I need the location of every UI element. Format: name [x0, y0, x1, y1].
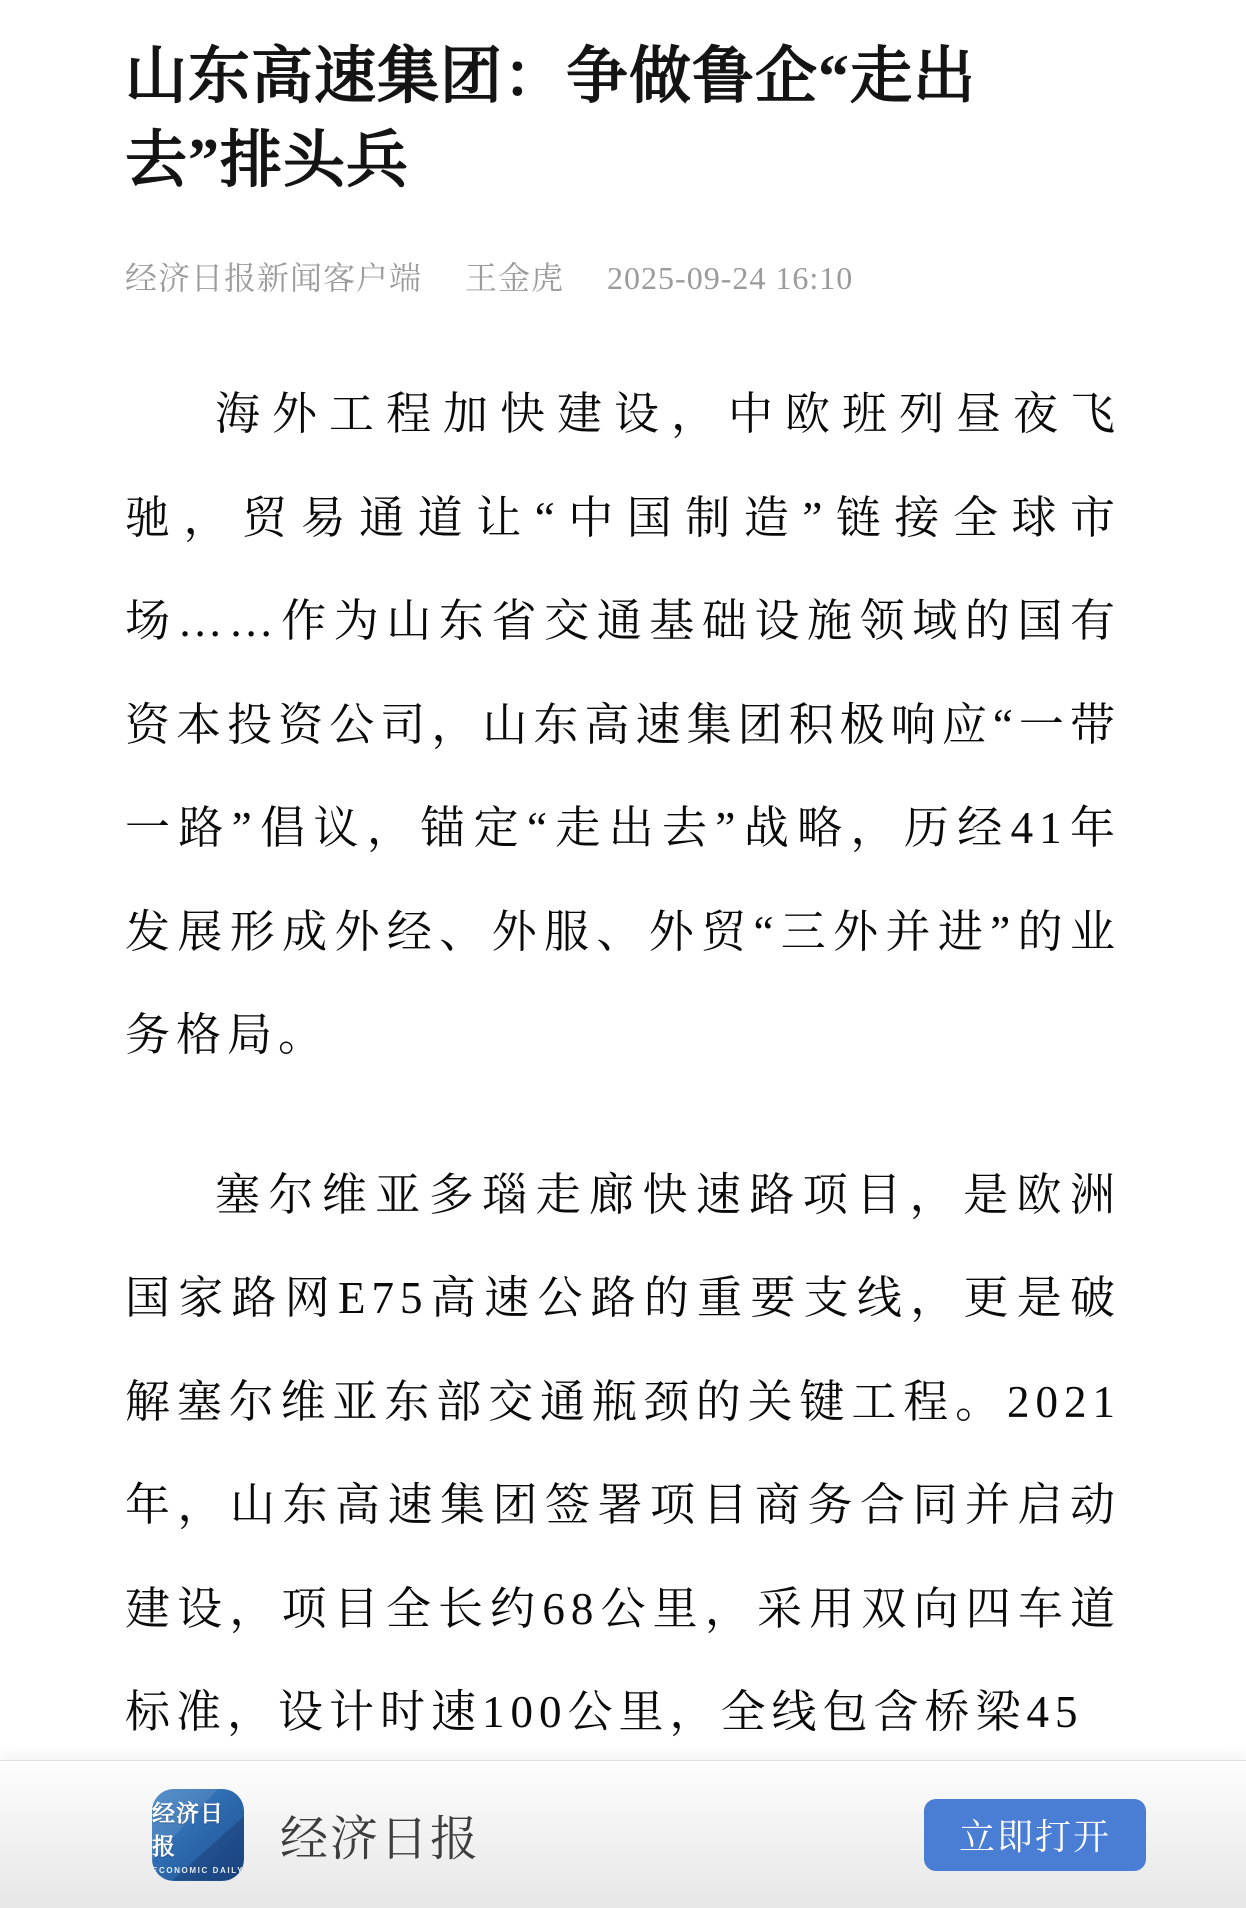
byline-author: 王金虎	[465, 260, 564, 296]
app-name-label: 经济日报	[280, 1800, 480, 1869]
app-open-banner: 经济日报 ECONOMIC DAILY 经济日报 立即打开	[0, 1760, 1246, 1908]
article-paragraph: 海外工程加快建设，中欧班列昼夜飞驰，贸易通道让“中国制造”链接全球市场……作为山…	[125, 363, 1121, 1088]
byline: 经济日报新闻客户端 王金虎 2025-09-24 16:10	[125, 253, 1121, 299]
app-icon-title: 经济日报	[152, 1795, 244, 1861]
byline-datetime: 2025-09-24 16:10	[607, 260, 853, 296]
article-title: 山东高速集团：争做鲁企“走出去”排头兵	[125, 36, 1121, 203]
open-app-button[interactable]: 立即打开	[924, 1799, 1146, 1871]
article: 山东高速集团：争做鲁企“走出去”排头兵 经济日报新闻客户端 王金虎 2025-0…	[0, 0, 1246, 1821]
byline-source: 经济日报新闻客户端	[125, 260, 422, 296]
economic-daily-app-icon[interactable]: 经济日报 ECONOMIC DAILY	[152, 1789, 244, 1881]
app-identity: 经济日报 ECONOMIC DAILY 经济日报	[152, 1789, 480, 1881]
article-paragraph: 塞尔维亚多瑙走廊快速路项目，是欧洲国家路网E75高速公路的重要支线，更是破解塞尔…	[125, 1144, 1121, 1765]
article-body: 海外工程加快建设，中欧班列昼夜飞驰，贸易通道让“中国制造”链接全球市场……作为山…	[125, 363, 1121, 1765]
app-icon-subtitle: ECONOMIC DAILY	[152, 1866, 244, 1875]
